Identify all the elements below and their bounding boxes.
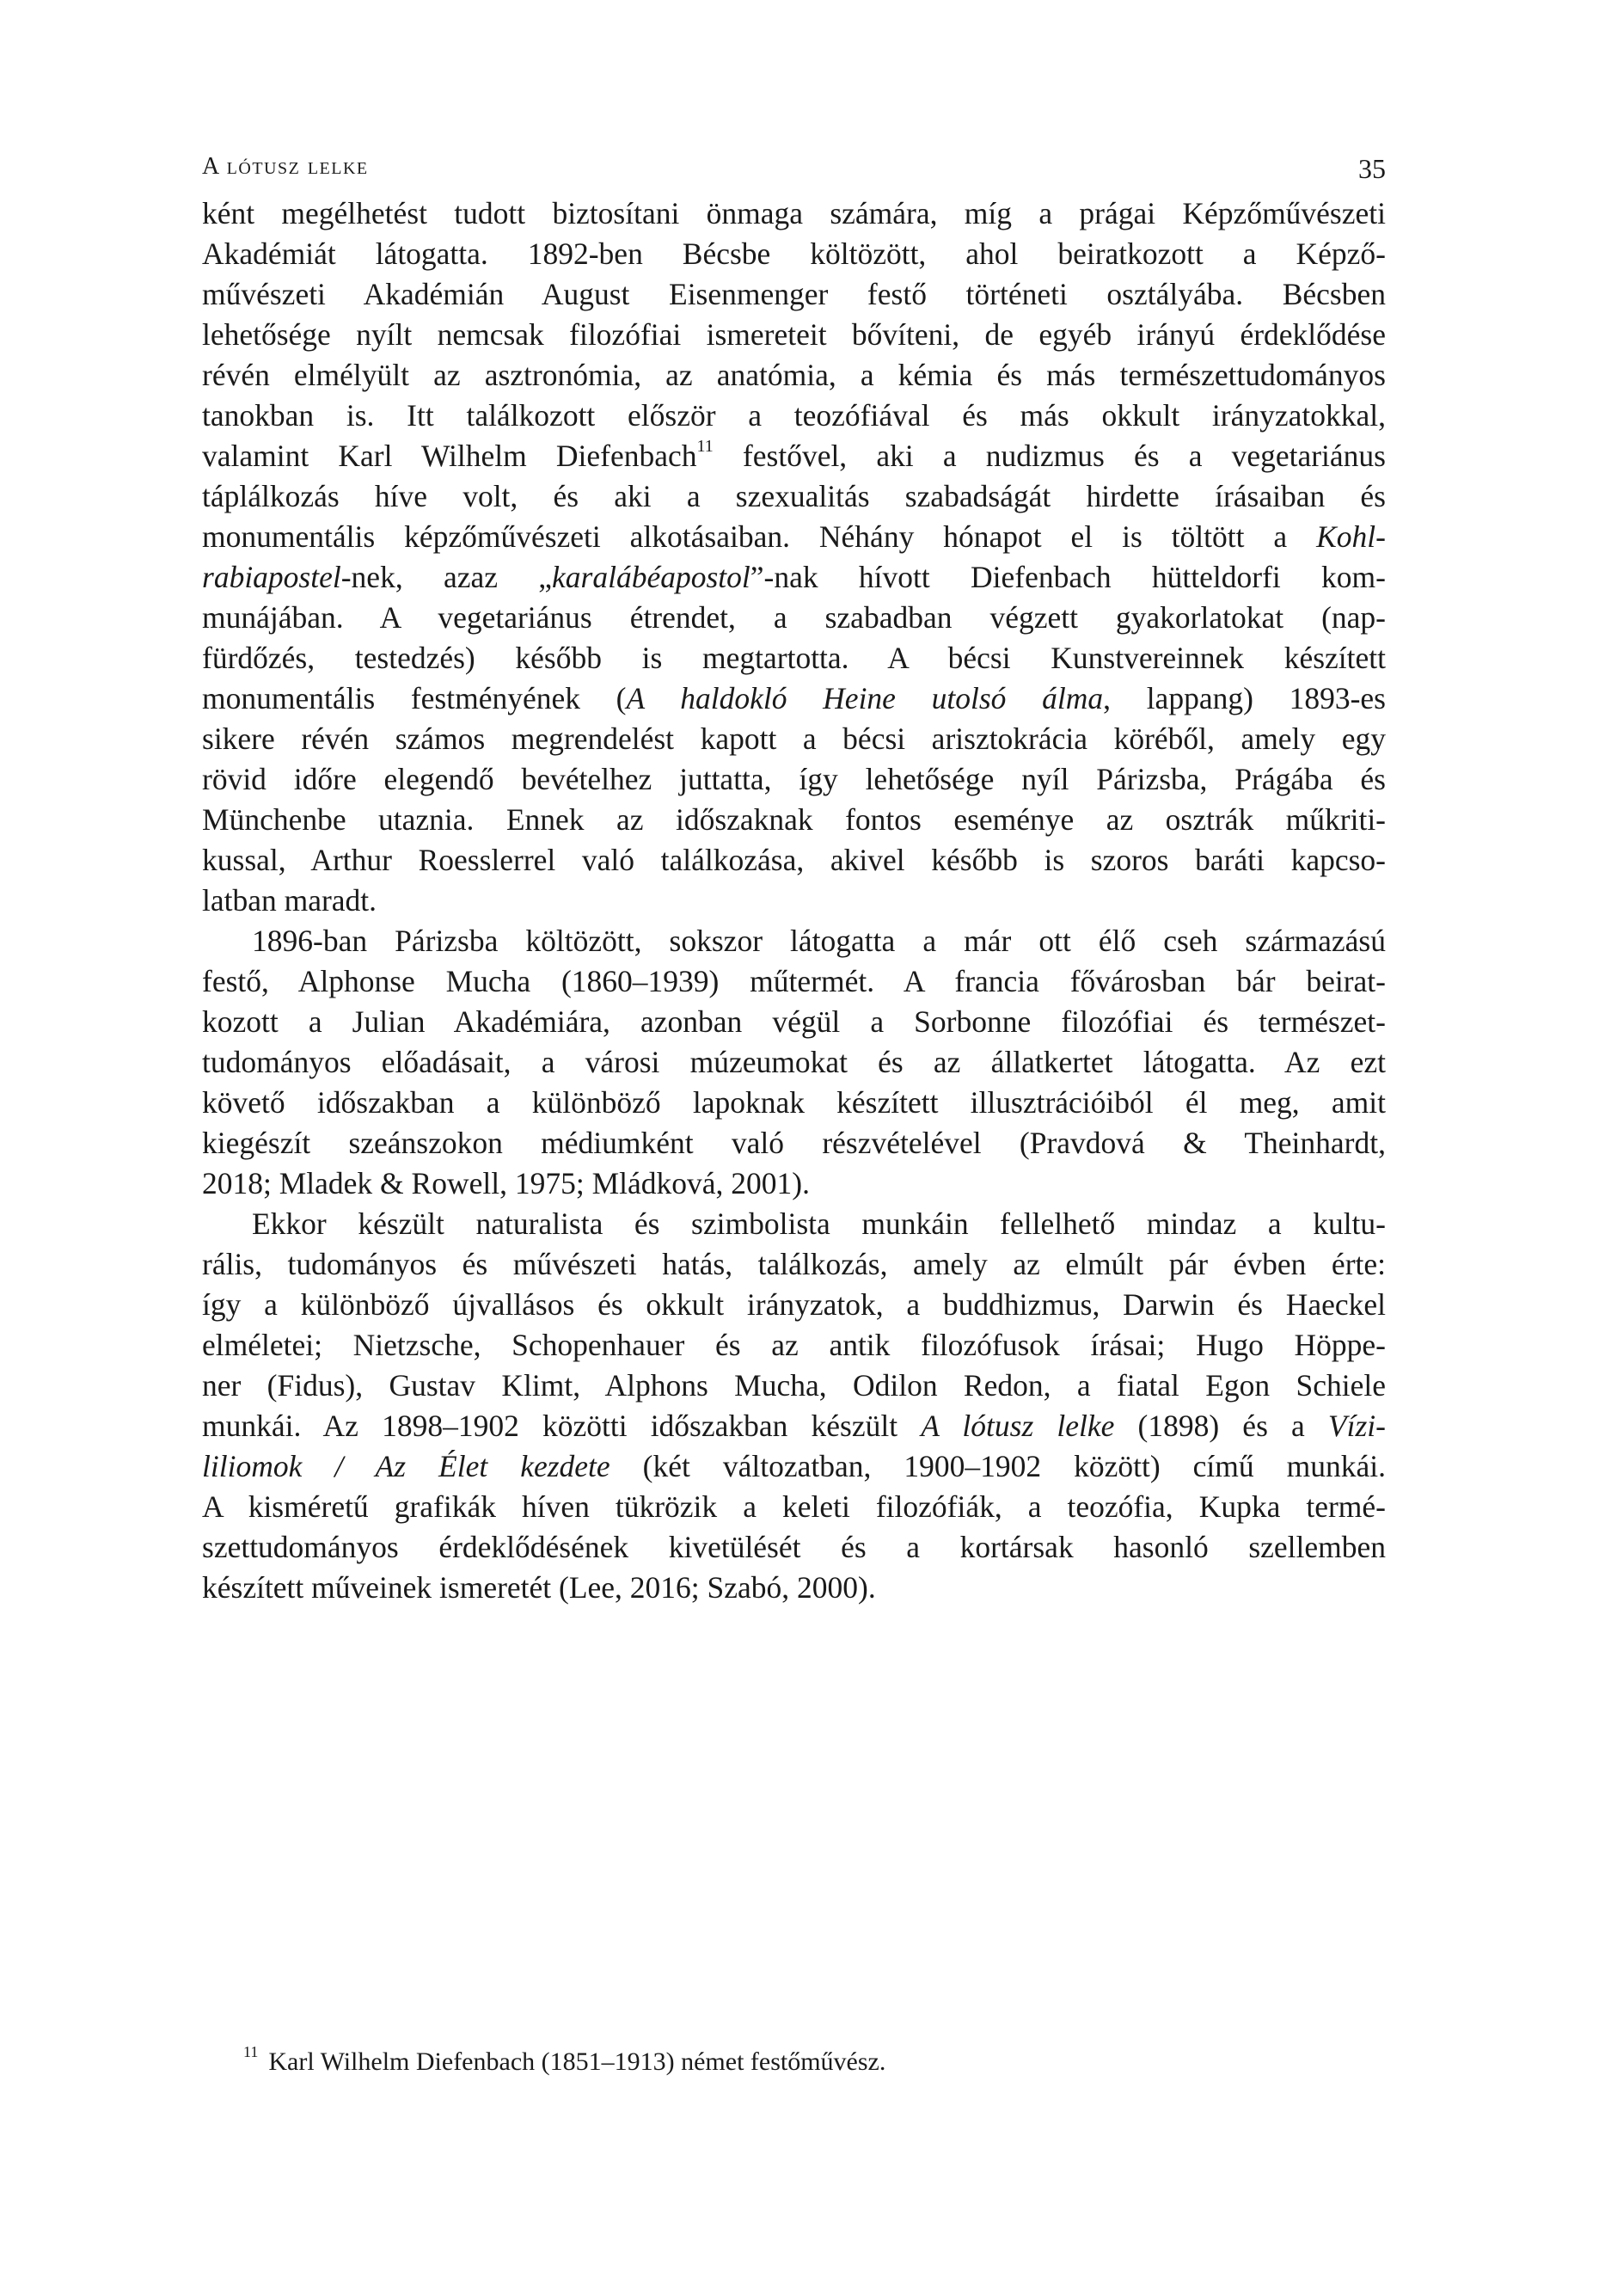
text-line: lehetősége nyílt nemcsak filozófiai isme…	[202, 315, 1386, 355]
text-line: ner (Fidus), Gustav Klimt, Alphons Mucha…	[202, 1366, 1386, 1406]
text-line: tudományos előadásait, a városi múzeumok…	[202, 1042, 1386, 1083]
text-line: kiegészít szeánszokon médiumként való ré…	[202, 1123, 1386, 1163]
text: monumentális képzőművészeti alkotásaiban…	[202, 519, 1316, 554]
footnote-reference[interactable]: 11	[697, 437, 714, 456]
text-line: ként megélhetést tudott biztosítani önma…	[202, 193, 1386, 234]
text-line: művészeti Akadémián August Eisenmenger f…	[202, 274, 1386, 315]
text-line: szettudományos érdeklődésének kivetülésé…	[202, 1527, 1386, 1568]
italic-text: Vízi-	[1328, 1409, 1386, 1443]
italic-text: karalábéapostol	[552, 560, 750, 594]
footnote: 11Karl Wilhelm Diefenbach (1851–1913) né…	[243, 2045, 885, 2079]
text-line: követő időszakban a különböző lapoknak k…	[202, 1083, 1386, 1123]
text-line: kozott a Julian Akadémiára, azonban végü…	[202, 1002, 1386, 1042]
running-head-title: A lótusz lelke	[202, 153, 369, 181]
text: (1898) és a	[1114, 1409, 1328, 1443]
text-line: liliomok / Az Élet kezdete (két változat…	[202, 1446, 1386, 1487]
text-line: tanokban is. Itt találkozott először a t…	[202, 396, 1386, 436]
text-line: Münchenbe utaznia. Ennek az időszaknak f…	[202, 800, 1386, 840]
text-line: elméletei; Nietzsche, Schopenhauer és az…	[202, 1325, 1386, 1366]
page-number: 35	[1341, 153, 1386, 185]
text-line: kussal, Arthur Roesslerrel való találkoz…	[202, 840, 1386, 881]
text-line: készített műveinek ismeretét (Lee, 2016;…	[202, 1568, 1386, 1608]
text-line: A kisméretű grafikák híven tükrözik a ke…	[202, 1487, 1386, 1527]
text: , lappang) 1893-es	[1103, 681, 1386, 715]
text-line: rális, tudományos és művészeti hatás, ta…	[202, 1244, 1386, 1285]
italic-text: A lótusz lelke	[921, 1409, 1114, 1443]
text-line: 2018; Mladek & Rowell, 1975; Mládková, 2…	[202, 1163, 1386, 1204]
text: munkái. Az 1898–1902 közötti időszakban …	[202, 1409, 921, 1443]
text-line: fürdőzés, testedzés) később is megtartot…	[202, 638, 1386, 678]
text: monumentális festményének (	[202, 681, 627, 715]
text: festővel, aki a nudizmus és a vegetarián…	[714, 439, 1386, 473]
italic-text: liliomok / Az Élet kezdete	[202, 1449, 610, 1483]
text-line: monumentális festményének (A haldokló He…	[202, 678, 1386, 719]
text-line: festő, Alphonse Mucha (1860–1939) műterm…	[202, 961, 1386, 1002]
text-line: Ekkor készült naturalista és szimbolista…	[202, 1204, 1386, 1244]
text: valamint Karl Wilhelm Diefenbach	[202, 439, 697, 473]
body-text: ként megélhetést tudott biztosítani önma…	[202, 193, 1386, 1608]
text-line: így a különböző újvallásos és okkult irá…	[202, 1285, 1386, 1325]
text: -nek, azaz „	[341, 560, 552, 594]
italic-text: rabiapostel	[202, 560, 341, 594]
text-line: munkái. Az 1898–1902 közötti időszakban …	[202, 1406, 1386, 1446]
text-line: monumentális képzőművészeti alkotásaiban…	[202, 517, 1386, 557]
text-line: révén elmélyült az asztronómia, az anató…	[202, 355, 1386, 396]
italic-text: A haldokló Heine utolsó álma	[627, 681, 1104, 715]
footnote-marker: 11	[243, 2043, 258, 2060]
text-line: rövid időre elegendő bevételhez juttatta…	[202, 759, 1386, 800]
italic-text: Kohl-	[1316, 519, 1386, 554]
text-line: Akadémiát látogatta. 1892-ben Bécsbe köl…	[202, 234, 1386, 274]
text-line: latban maradt.	[202, 881, 1386, 921]
text-line: sikere révén számos megrendelést kapott …	[202, 719, 1386, 759]
text-line: munájában. A vegetariánus étrendet, a sz…	[202, 598, 1386, 638]
text: ”-nak hívott Diefenbach hütteldorfi kom-	[750, 560, 1386, 594]
text-line: 1896-ban Párizsba költözött, sokszor lát…	[202, 921, 1386, 961]
text-line: valamint Karl Wilhelm Diefenbach11 festő…	[202, 436, 1386, 476]
text-line: táplálkozás híve volt, és aki a szexuali…	[202, 476, 1386, 517]
footnote-text: Karl Wilhelm Diefenbach (1851–1913) néme…	[268, 2047, 885, 2076]
text-line: rabiapostel-nek, azaz „karalábéapostol”-…	[202, 557, 1386, 598]
text: (két változatban, 1900–1902 között) című…	[610, 1449, 1386, 1483]
